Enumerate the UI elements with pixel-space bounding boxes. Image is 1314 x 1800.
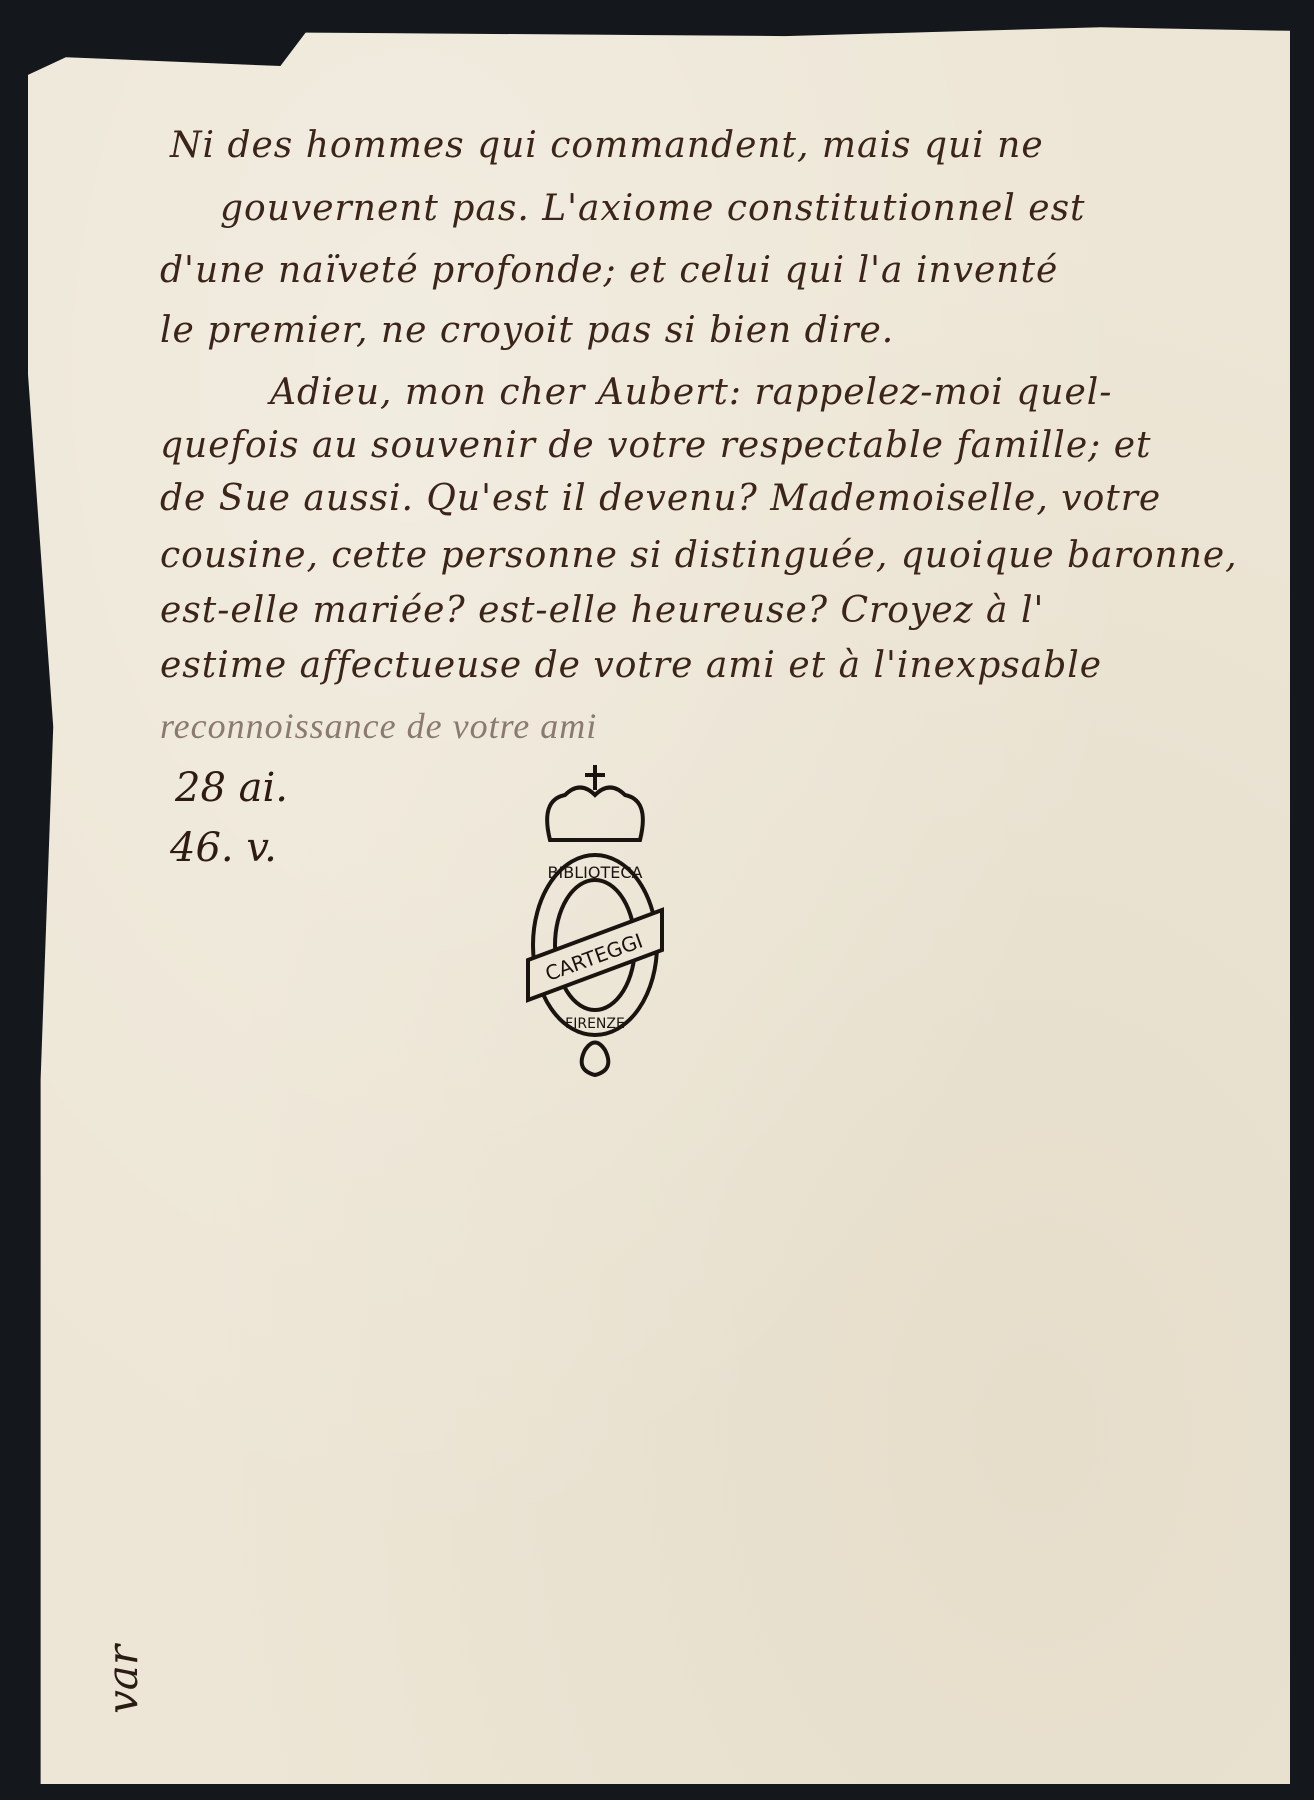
- text-line: quefois au souvenir de votre respectable…: [160, 425, 1151, 466]
- svg-text:FIRENZE: FIRENZE: [565, 1016, 625, 1032]
- svg-text:BIBLIOTECA: BIBLIOTECA: [548, 863, 643, 882]
- folio-annotation: 28 ai.: [175, 765, 288, 811]
- margin-note: var: [98, 1645, 147, 1714]
- text-line: de Sue aussi. Qu'est il devenu? Mademois…: [160, 478, 1161, 519]
- text-line: reconnoissance de votre ami: [160, 705, 597, 747]
- text-line: estime affectueuse de votre ami et à l'i…: [160, 645, 1102, 686]
- text-line: gouvernent pas. L'axiome constitutionnel…: [220, 188, 1086, 229]
- text-line: cousine, cette personne si distinguée, q…: [160, 535, 1238, 576]
- text-line: Ni des hommes qui commandent, mais qui n…: [170, 125, 1044, 166]
- text-line: le premier, ne croyoit pas si bien dire.: [160, 310, 894, 351]
- text-line: Adieu, mon cher Aubert: rappelez-moi que…: [270, 372, 1112, 413]
- text-line: est-elle mariée? est-elle heureuse? Croy…: [160, 590, 1044, 631]
- folio-annotation: 46. v.: [170, 825, 277, 871]
- text-line: d'une naïveté profonde; et celui qui l'a…: [160, 250, 1058, 291]
- library-stamp-icon: BIBLIOTECA CARTEGGI FIRENZE: [520, 760, 670, 1080]
